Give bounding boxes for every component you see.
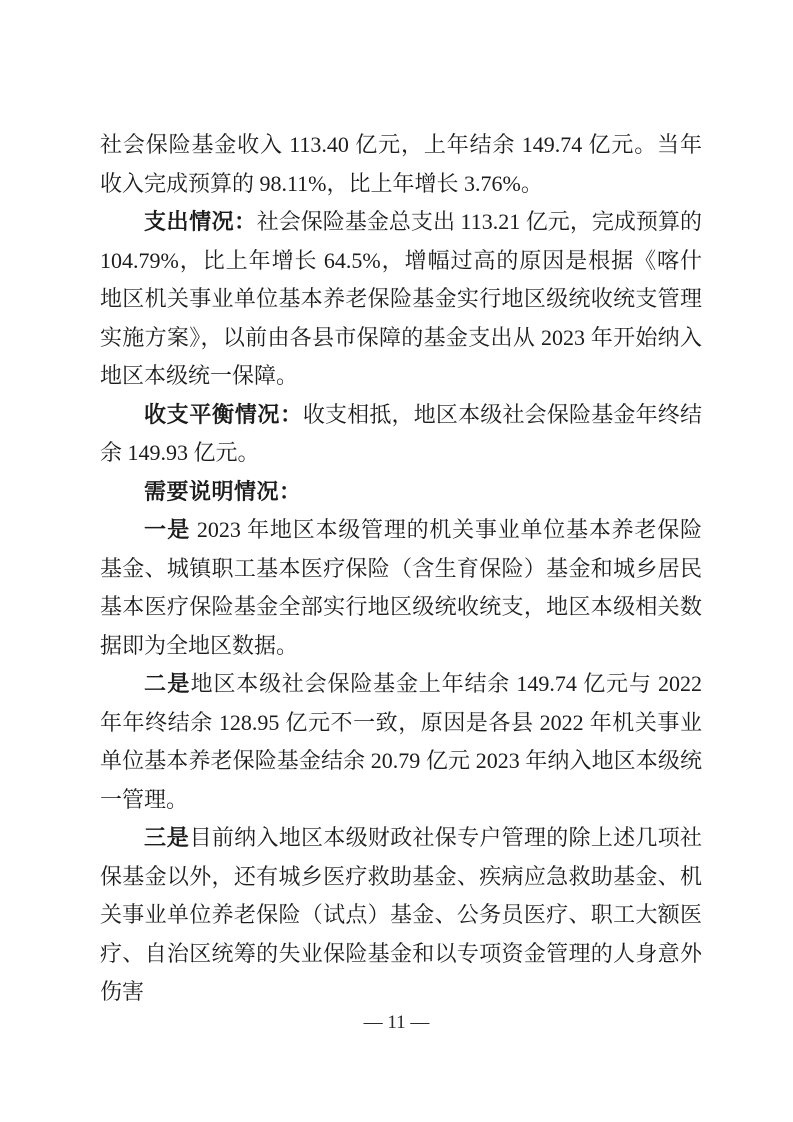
paragraph-expenditure: 支出情况：社会保险基金总支出 113.21 亿元，完成预算的 104.79%，比… [100, 203, 702, 396]
paragraph-text: 社会保险基金总支出 113.21 亿元，完成预算的 104.79%，比上年增长 … [100, 209, 702, 388]
paragraph-text: 目前纳入地区本级财政社保专户管理的除上述几项社保基金以外，还有城乡医疗救助基金、… [100, 825, 702, 1004]
paragraph-income-continuation: 社会保险基金收入 113.40 亿元，上年结余 149.74 亿元。当年收入完成… [100, 126, 702, 203]
page-number: — 11 — [364, 1012, 430, 1033]
paragraph-text: 2023 年地区本级管理的机关事业单位基本养老保险基金、城镇职工基本医疗保险（含… [100, 517, 702, 658]
paragraph-note-one: 一是 2023 年地区本级管理的机关事业单位基本养老保险基金、城镇职工基本医疗保… [100, 511, 702, 665]
paragraph-balance: 收支平衡情况：收支相抵，地区本级社会保险基金年终结余 149.93 亿元。 [100, 396, 702, 473]
document-page: 社会保险基金收入 113.40 亿元，上年结余 149.74 亿元。当年收入完成… [0, 0, 793, 1122]
page-footer: — 11 — [0, 1012, 793, 1034]
paragraph-label-note-two: 二是 [144, 671, 191, 696]
paragraph-label-balance: 收支平衡情况： [144, 402, 303, 427]
document-body: 社会保险基金收入 113.40 亿元，上年结余 149.74 亿元。当年收入完成… [100, 126, 702, 1012]
paragraph-label-notes: 需要说明情况： [144, 479, 302, 504]
paragraph-label-note-one: 一是 [144, 517, 191, 542]
paragraph-label-expenditure: 支出情况： [144, 209, 257, 234]
paragraph-note-two: 二是地区本级社会保险基金上年结余 149.74 亿元与 2022 年年终结余 1… [100, 665, 702, 819]
paragraph-label-note-three: 三是 [144, 825, 190, 850]
paragraph-text: 社会保险基金收入 113.40 亿元，上年结余 149.74 亿元。当年收入完成… [100, 132, 702, 196]
paragraph-note-three: 三是目前纳入地区本级财政社保专户管理的除上述几项社保基金以外，还有城乡医疗救助基… [100, 819, 702, 1012]
paragraph-text: 地区本级社会保险基金上年结余 149.74 亿元与 2022 年年终结余 128… [100, 671, 702, 812]
paragraph-notes-heading: 需要说明情况： [100, 473, 702, 512]
